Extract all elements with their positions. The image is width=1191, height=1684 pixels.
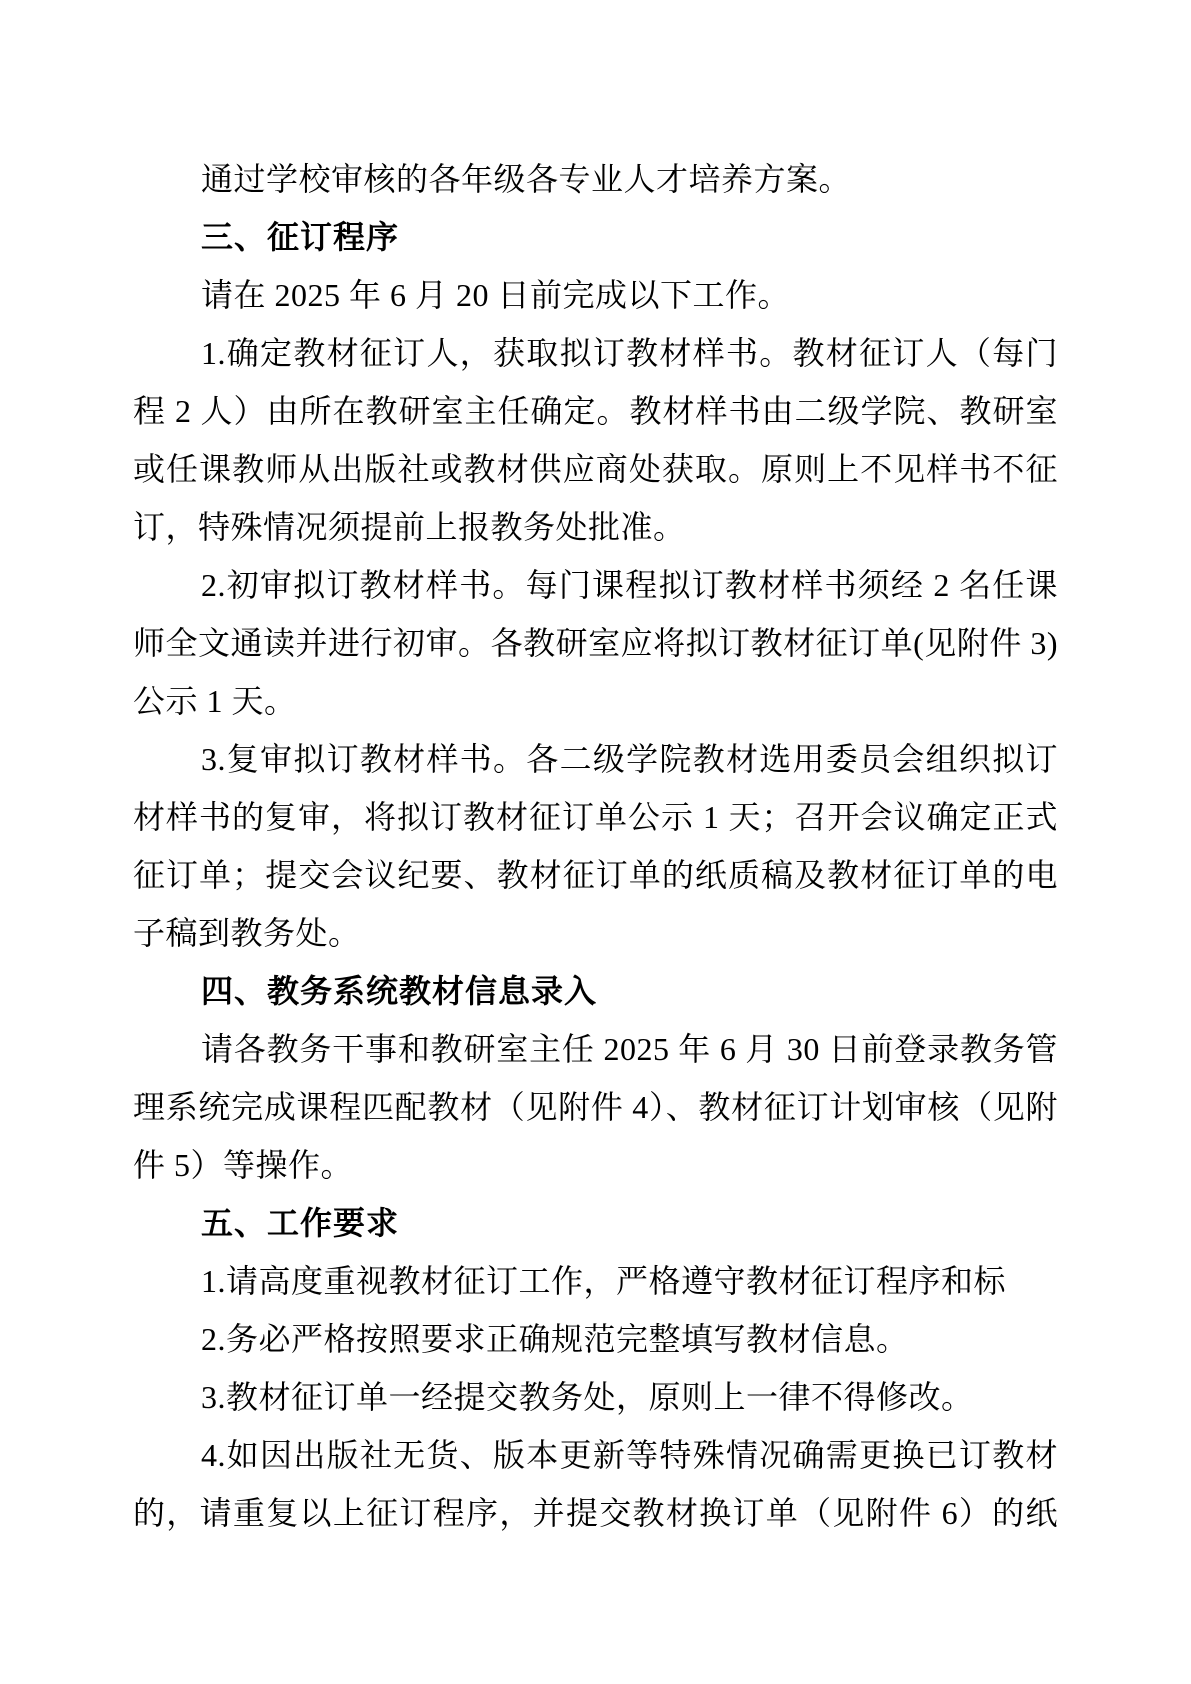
paragraph-line: 请各教务干事和教研室主任 2025 年 6 月 30 日前登录教务管: [133, 1020, 1058, 1078]
paragraph-line: 征订单；提交会议纪要、教材征订单的纸质稿及教材征订单的电: [133, 846, 1058, 904]
document-page: 通过学校审核的各年级各专业人才培养方案。 三、征订程序 请在 2025 年 6 …: [0, 0, 1191, 1684]
paragraph-line: 4.如因出版社无货、版本更新等特殊情况确需更换已订教材: [133, 1426, 1058, 1484]
paragraph-line: 3.复审拟订教材样书。各二级学院教材选用委员会组织拟订教: [133, 730, 1058, 788]
paragraph-line: 子稿到教务处。: [133, 904, 1058, 962]
paragraph-line: 件 5）等操作。: [133, 1136, 1058, 1194]
paragraph-line: 订，特殊情况须提前上报教务处批准。: [133, 498, 1058, 556]
paragraph-line: 2.务必严格按照要求正确规范完整填写教材信息。: [133, 1310, 1058, 1368]
paragraph-line: 的，请重复以上征订程序，并提交教材换订单（见附件 6）的纸质: [133, 1484, 1058, 1542]
paragraph-line: 通过学校审核的各年级各专业人才培养方案。: [133, 150, 1058, 208]
paragraph-line: 1.确定教材征订人，获取拟订教材样书。教材征订人（每门课: [133, 324, 1058, 382]
paragraph-line: 师全文通读并进行初审。各教研室应将拟订教材征订单(见附件 3): [133, 614, 1058, 672]
paragraph-line: 程 2 人）由所在教研室主任确定。教材样书由二级学院、教研室: [133, 382, 1058, 440]
paragraph-line: 或任课教师从出版社或教材供应商处获取。原则上不见样书不征: [133, 440, 1058, 498]
section-5-heading: 五、工作要求: [133, 1194, 1058, 1252]
paragraph-line: 公示 1 天。: [133, 672, 1058, 730]
paragraph-line: 材样书的复审，将拟订教材征订单公示 1 天；召开会议确定正式: [133, 788, 1058, 846]
paragraph-line: 2.初审拟订教材样书。每门课程拟订教材样书须经 2 名任课教: [133, 556, 1058, 614]
section-3-heading: 三、征订程序: [133, 208, 1058, 266]
paragraph-line: 3.教材征订单一经提交教务处，原则上一律不得修改。: [133, 1368, 1058, 1426]
section-4-heading: 四、教务系统教材信息录入: [133, 962, 1058, 1020]
paragraph-line: 理系统完成课程匹配教材（见附件 4）、教材征订计划审核（见附: [133, 1078, 1058, 1136]
paragraph-line: 1.请高度重视教材征订工作，严格遵守教材征订程序和标准。: [133, 1252, 1058, 1310]
paragraph-line: 请在 2025 年 6 月 20 日前完成以下工作。: [133, 266, 1058, 324]
